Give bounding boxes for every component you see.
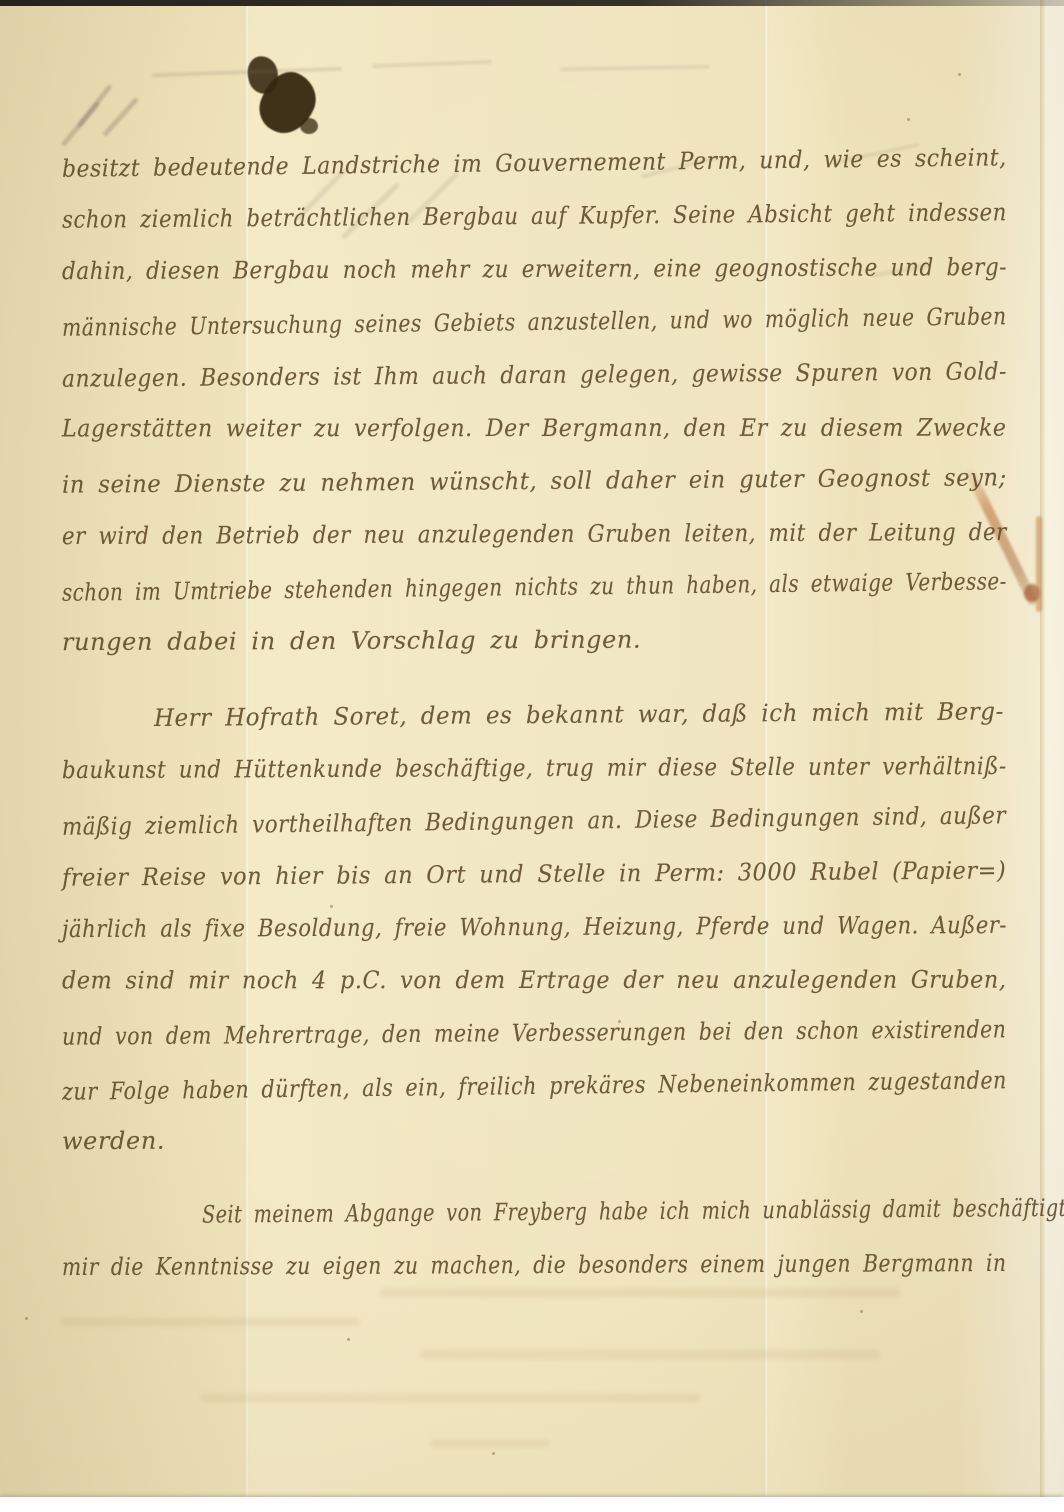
bleedthrough-ghost-line [420,1350,880,1359]
handwritten-line: schon im Umtriebe stehenden hingegen nic… [62,555,1011,620]
handwritten-line: freier Reise von hier bis an Ort und Ste… [62,844,1010,904]
handwritten-line: anzulegen. Besonders ist Ihm auch daran … [62,345,1010,405]
handwritten-line: dahin, diesen Bergbau noch mehr zu erwei… [62,241,1010,298]
handwritten-line: männische Untersuchung seines Gebiets an… [62,290,1011,355]
paragraph: Seit meinem Abgange von Freyberg habe ic… [62,1186,1010,1292]
handwritten-line: und von dem Mehrertrage, den meine Verbe… [62,1003,1010,1063]
rust-stain-edge [1036,516,1042,612]
foxing-speck [958,73,961,76]
bleedthrough-ghost-line [430,1440,550,1447]
foxing-speck [25,1317,28,1320]
letter-page: besitzt bedeutende Landstriche im Gouver… [0,0,1064,1512]
paragraph: besitzt bedeutende Landstriche im Gouver… [62,137,1010,667]
handwritten-line: werden. [62,1111,1010,1168]
handwritten-line: er wird den Betrieb der neu anzulegenden… [62,506,1010,563]
handwritten-line: mir die Kenntnisse zu eigen zu machen, d… [62,1237,1010,1294]
ink-blot-tail [300,118,318,134]
handwritten-line: baukunst und Hüttenkunde beschäftige, tr… [62,740,1010,797]
foxing-speck [860,1310,863,1313]
paragraph: Herr Hofrath Soret, dem es bekannt war, … [62,689,1010,1166]
handwritten-line: besitzt bedeutende Landstriche im Gouver… [62,131,1011,196]
scan-bottom-strip [0,1497,1064,1512]
handwritten-line: mäßig ziemlich vortheilhaften Bedingunge… [62,789,1011,854]
scan-top-edge [0,0,1064,6]
handwritten-line: dem sind mir noch 4 p.C. von dem Ertrage… [62,954,1010,1008]
handwritten-line: Seit meinem Abgange von Freyberg habe ic… [62,1182,1010,1242]
handwritten-line: schon ziemlich beträchtlichen Bergbau au… [62,186,1010,246]
bleedthrough-ghost-line [200,1394,700,1402]
handwritten-line: in seine Dienste zu nehmen wünscht, soll… [62,451,1010,511]
foxing-speck [907,118,910,121]
foxing-speck [492,1452,495,1455]
handwritten-line: rungen dabei in den Vorschlag zu bringen… [62,612,1010,669]
handwritten-line: Lagerstätten weiter zu verfolgen. Der Be… [62,402,1010,456]
letter-body: besitzt bedeutende Landstriche im Gouver… [62,137,1010,1292]
handwritten-line: zur Folge haben dürften, als ein, freili… [62,1054,1011,1119]
handwritten-line: Herr Hofrath Soret, dem es bekannt war, … [62,685,1010,745]
handwritten-line: jährlich als fixe Besoldung, freie Wohnu… [62,899,1010,956]
bleedthrough-ghost-line [60,1318,360,1326]
foxing-speck [347,1338,350,1341]
